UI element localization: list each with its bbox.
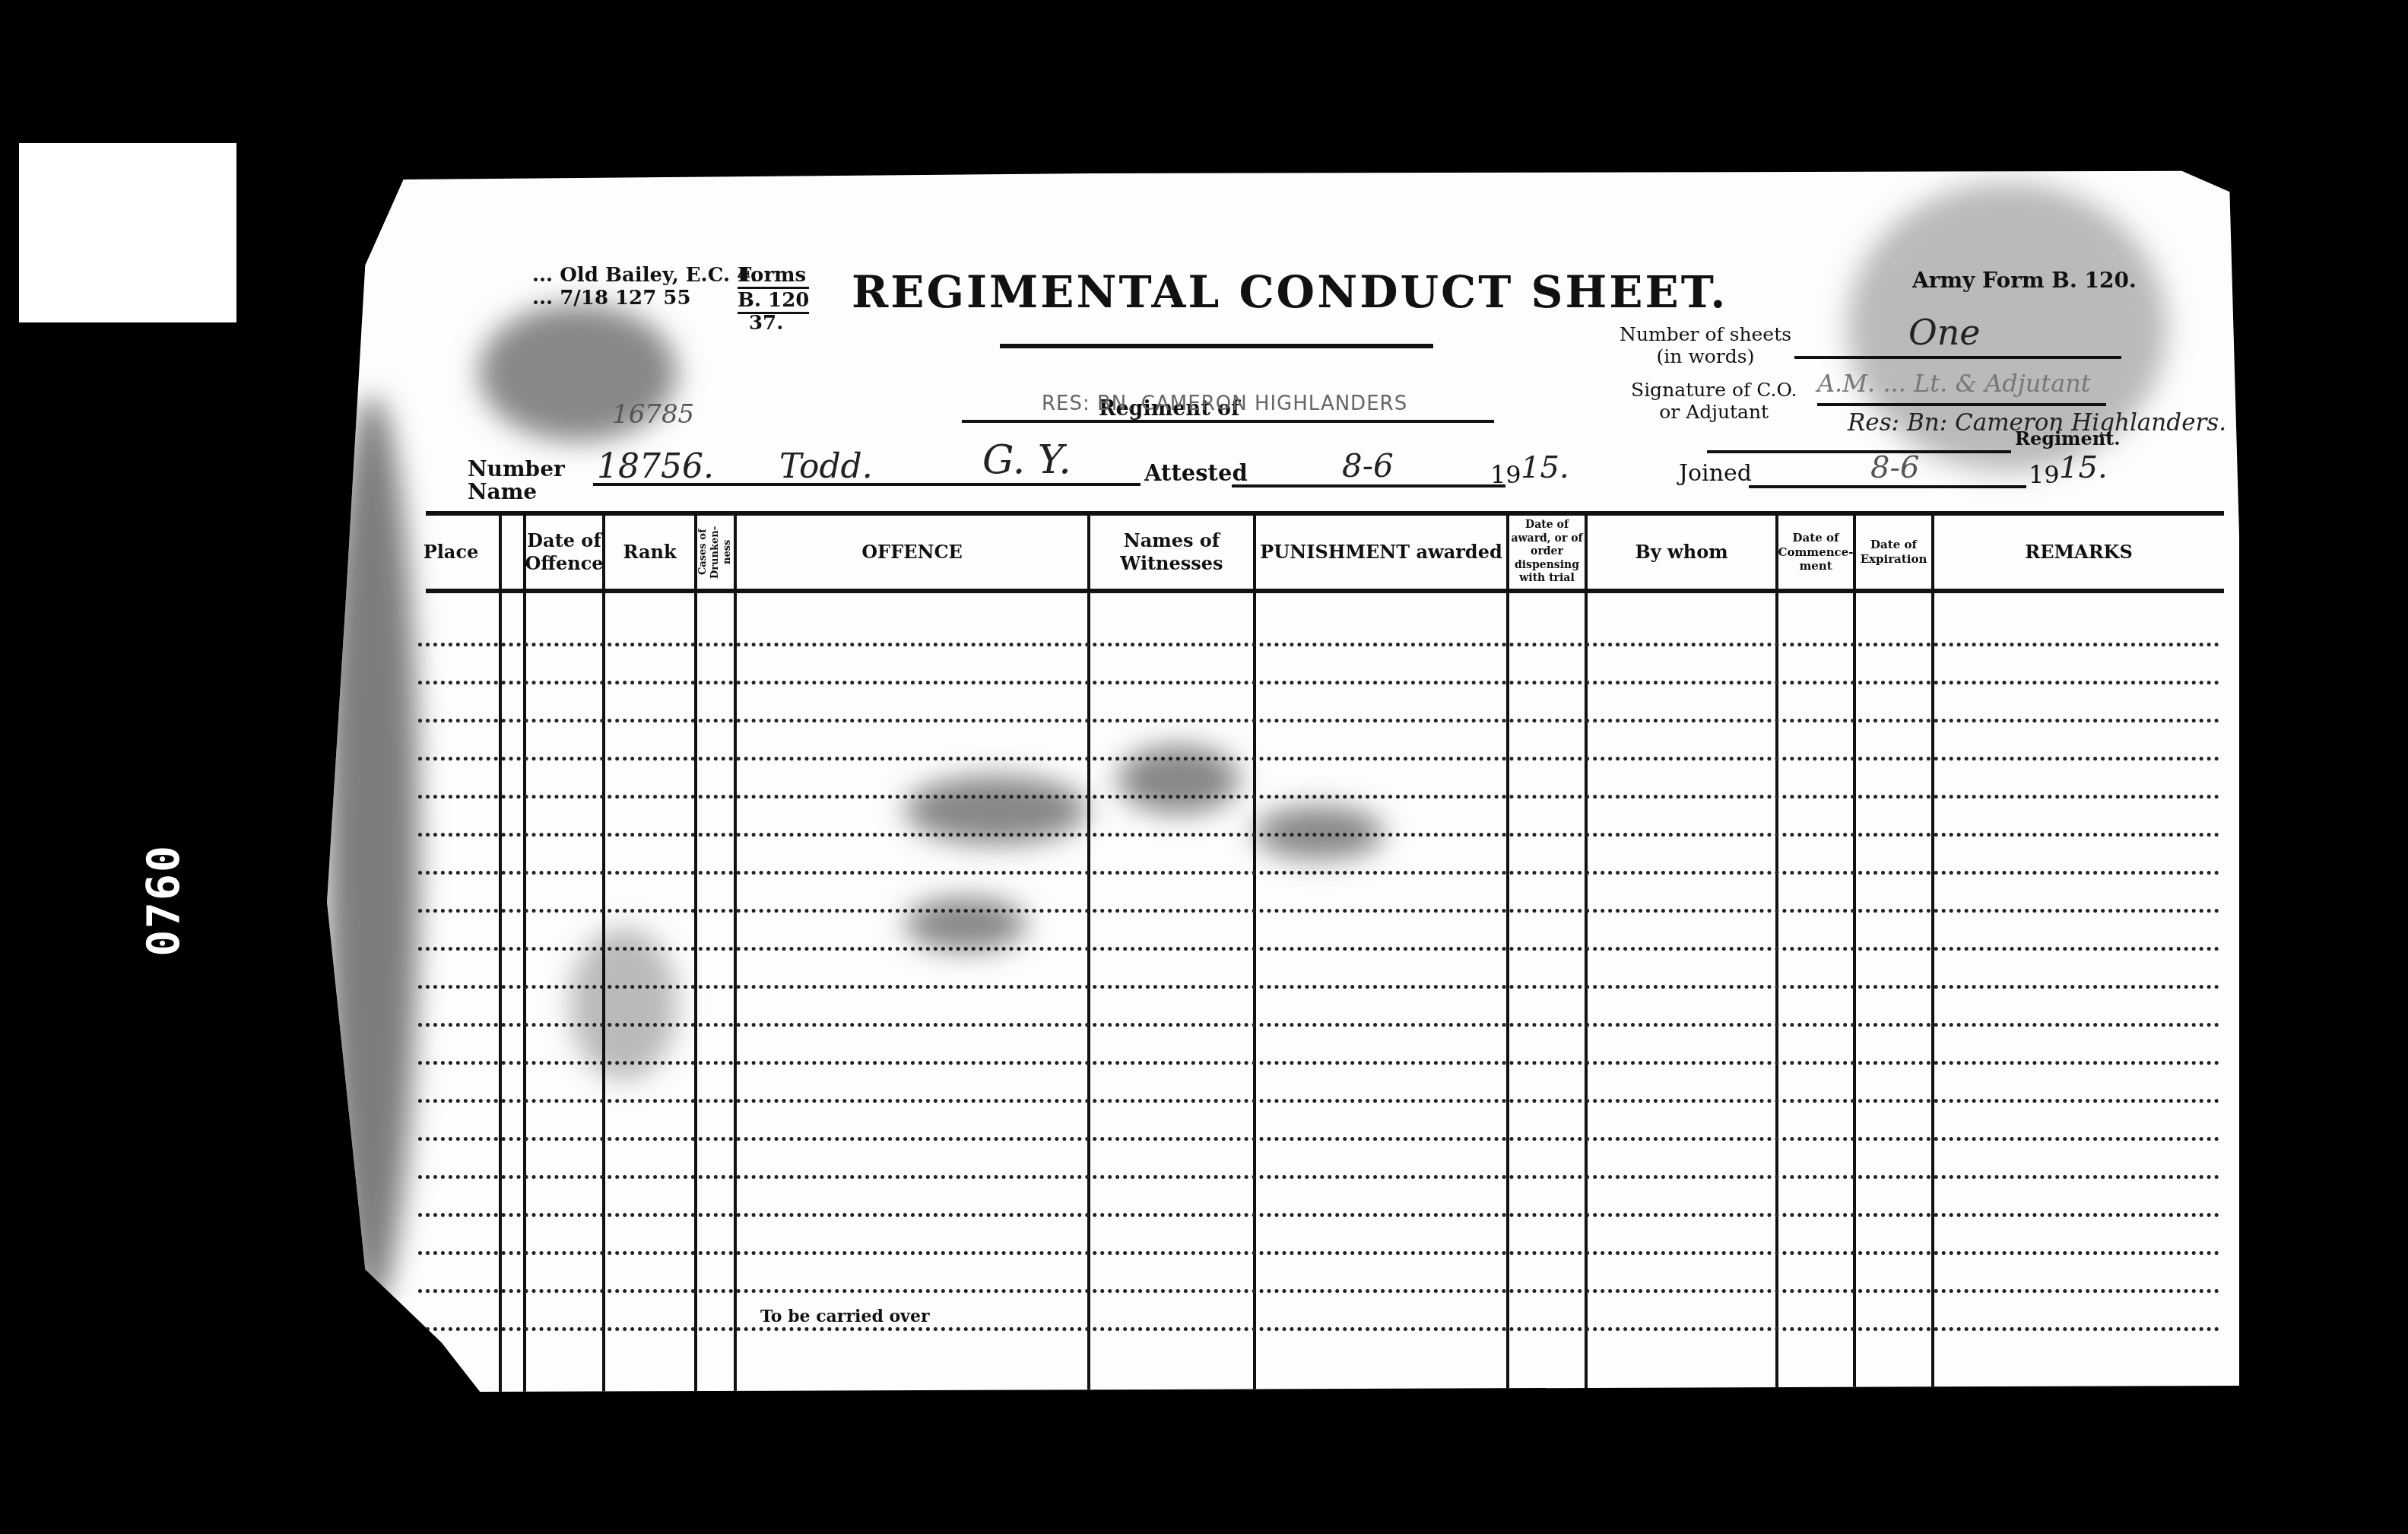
number-label: Number <box>468 456 565 481</box>
attested-value: 8-6 <box>1342 447 1394 484</box>
table-row <box>418 1175 2220 1179</box>
signature-line <box>1817 403 2106 406</box>
number-value: 18756. <box>597 447 714 486</box>
name-line <box>593 483 1141 486</box>
attested-year-suffix: 15. <box>1521 450 1569 485</box>
attested-label: Attested <box>1144 460 1248 486</box>
regiment-label: Regiment. <box>2015 427 2121 449</box>
table-row <box>418 871 2220 875</box>
col-header-cases-of-drunkenness: Cases of Drunken-ness <box>697 516 734 589</box>
table-row <box>418 757 2220 761</box>
col-header-by-whom: By whom <box>1588 516 1775 589</box>
col-header-offence: OFFENCE <box>737 516 1087 589</box>
table-row <box>418 643 2220 646</box>
number-of-sheets-label: Number of sheets (in words) <box>1620 323 1791 367</box>
table-row <box>418 719 2220 723</box>
col-divider <box>1506 513 1509 1502</box>
document-title: REGIMENTAL CONDUCT SHEET. <box>852 266 1728 318</box>
frame-counter-value: 0760 <box>138 844 189 957</box>
table-row <box>418 1099 2220 1103</box>
col-header-punishment-awarded: PUNISHMENT awarded <box>1256 516 1506 589</box>
table-row <box>418 1251 2220 1255</box>
title-underline <box>1000 344 1433 348</box>
col-header-remarks: REMARKS <box>1934 516 2223 589</box>
col-header-place: Place <box>403 516 499 589</box>
col-divider <box>499 513 502 1502</box>
table-row <box>418 947 2220 951</box>
col-divider <box>1087 513 1090 1502</box>
number-of-sheets-value: One <box>1908 312 1981 353</box>
table-row <box>418 1023 2220 1027</box>
printer-line-2: ... 7/18 127 55 <box>532 287 691 310</box>
table-row <box>418 833 2220 837</box>
regiment-of-stamp: RES: BN. CAMERON HIGHLANDERS <box>1042 392 1407 415</box>
col-header-names-of-witnesses: Names of Witnesses <box>1090 516 1253 589</box>
table-row <box>418 1327 2220 1331</box>
signature-sub: or Adjutant <box>1631 401 1797 423</box>
col-header-date-of-offence: Date of Offence <box>526 516 602 589</box>
name-value: Todd. <box>779 447 873 486</box>
signature-value: A.M. ... Lt. & Adjutant <box>1817 369 2091 398</box>
number-of-sheets-line <box>1794 356 2121 359</box>
table-row <box>418 985 2220 989</box>
microfilm-frame-counter: 0760 <box>114 783 213 1019</box>
col-divider <box>694 513 697 1502</box>
col-divider <box>523 513 526 1502</box>
table-row <box>418 1289 2220 1293</box>
printer-line-1: ... Old Bailey, E.C. 4. <box>532 264 757 287</box>
joined-value: 8-6 <box>1870 450 1919 485</box>
table-row <box>418 795 2220 799</box>
attested-year-prefix: 19 <box>1490 460 1521 489</box>
signature-label: Signature of C.O. or Adjutant <box>1631 379 1797 423</box>
margin-note: 16785 <box>612 399 694 430</box>
army-form-id: Army Form B. 120. <box>1912 268 2137 293</box>
col-divider <box>1931 513 1934 1502</box>
table-row <box>418 1137 2220 1141</box>
joined-line <box>1749 485 2026 488</box>
col-divider <box>1853 513 1856 1502</box>
number-of-sheets-sub: (in words) <box>1620 345 1791 367</box>
forms-label: Forms <box>738 264 806 287</box>
joined-year-suffix: 15. <box>2059 450 2108 485</box>
col-divider <box>1585 513 1588 1502</box>
regiment-line <box>1707 450 2011 453</box>
col-header-date-of-commencement: Date of Commence-ment <box>1778 516 1853 589</box>
number-of-sheets-text: Number of sheets <box>1620 323 1791 345</box>
conduct-sheet: ... Old Bailey, E.C. 4. ... 7/18 127 55 … <box>327 167 2239 1392</box>
joined-label: Joined <box>1679 460 1752 487</box>
table-row <box>418 1061 2220 1065</box>
joined-year-prefix: 19 <box>2029 460 2060 489</box>
col-divider <box>1253 513 1256 1502</box>
attested-line <box>1232 484 1505 488</box>
col-divider <box>1775 513 1778 1502</box>
col-header-date-of-award: Date of award, or of order dispensing wi… <box>1509 516 1585 589</box>
blank-label-card <box>19 143 236 322</box>
forms-sub: 37. <box>749 312 783 335</box>
col-divider <box>734 513 737 1502</box>
initials-value: G. Y. <box>982 437 1071 483</box>
col-divider <box>602 513 605 1502</box>
name-label: Name <box>468 479 537 504</box>
col-header-date-of-expiration: Date of Expiration <box>1856 516 1931 589</box>
forms-number: B. 120 <box>738 287 809 314</box>
table-row <box>418 1213 2220 1217</box>
table-row <box>418 909 2220 913</box>
col-header-rank: Rank <box>605 516 694 589</box>
carried-over-label: To be carried over <box>760 1307 930 1326</box>
signature-text: Signature of C.O. <box>1631 379 1797 401</box>
table-row <box>418 681 2220 684</box>
regiment-of-line <box>962 420 1494 423</box>
